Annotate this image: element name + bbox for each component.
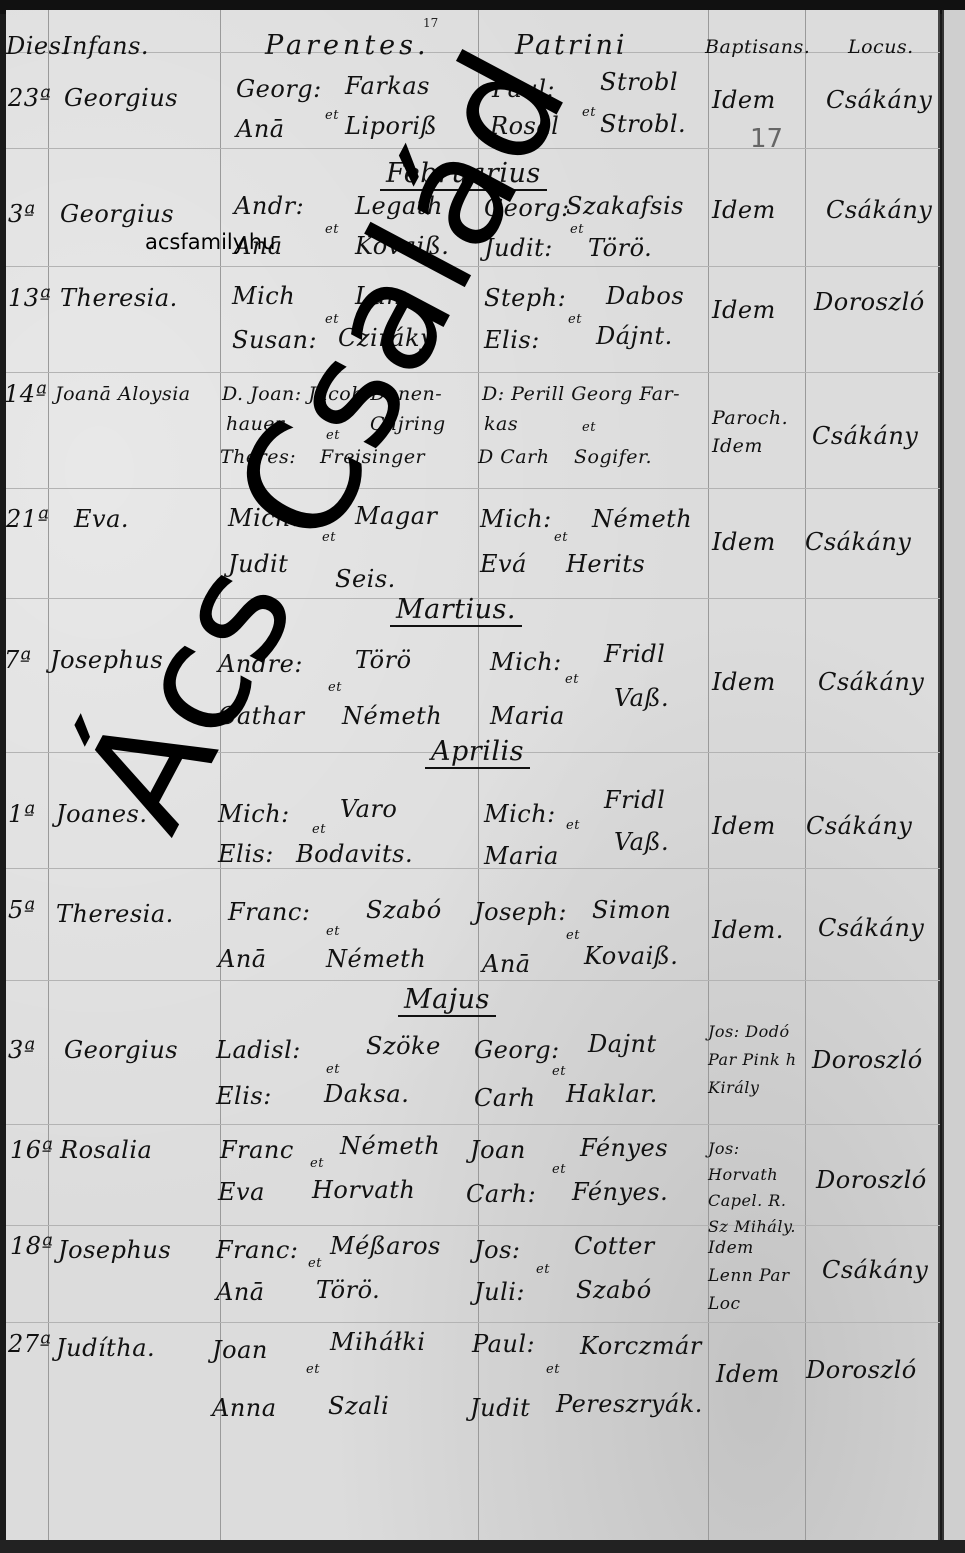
entry-mother-surname: Horvath bbox=[312, 1176, 415, 1204]
entry-day: 27ª bbox=[8, 1330, 51, 1358]
row-rule bbox=[6, 488, 940, 489]
entry-godfather: D: Perill Georg Far- bbox=[482, 383, 680, 405]
entry-mother-surname: Szali bbox=[328, 1392, 389, 1420]
entry-infant: Josephus bbox=[58, 1236, 171, 1264]
entry-godmother-surname: Fényes. bbox=[572, 1178, 668, 1206]
conjunction-et: et bbox=[546, 1362, 560, 1377]
conjunction-et: et bbox=[552, 1064, 566, 1079]
entry-mother-surname: Bodavits. bbox=[296, 840, 413, 868]
entry-father-surname: Szabó bbox=[366, 896, 442, 924]
conjunction-et: et bbox=[554, 530, 568, 545]
entry-baptisans: Jos: Dodó Par Pink h Király bbox=[708, 1018, 798, 1102]
entry-godfather-surname: Fridl bbox=[604, 640, 665, 668]
entry-godmother: Maria bbox=[484, 842, 559, 870]
entry-father: Andr: bbox=[234, 192, 304, 220]
entry-locus: Csákány bbox=[822, 1256, 928, 1284]
conjunction-et: et bbox=[566, 818, 580, 833]
entry-godfather-surname: Fényes bbox=[580, 1134, 668, 1162]
entry-godmother-surname: Vaß. bbox=[614, 828, 669, 856]
header-infans: Infans. bbox=[62, 32, 149, 60]
entry-godmother-surname: Strobl. bbox=[600, 110, 686, 138]
month-heading-majus: Majus bbox=[398, 984, 496, 1017]
entry-infant: Judítha. bbox=[56, 1334, 155, 1362]
entry-baptisans: Idem bbox=[712, 668, 776, 696]
conjunction-et: et bbox=[310, 1156, 324, 1171]
entry-locus: Csákány bbox=[826, 196, 932, 224]
header-patrini: Patrini bbox=[515, 30, 627, 61]
entry-godmother-surname: Törö. bbox=[588, 234, 652, 262]
entry-godmother: Elis: bbox=[484, 326, 540, 354]
entry-father-surname: Miháłki bbox=[330, 1328, 426, 1356]
entry-godfather-surname: Dabos bbox=[606, 282, 684, 310]
entry-godmother: Carh: bbox=[466, 1180, 536, 1208]
entry-godfather-surname: Németh bbox=[592, 505, 692, 533]
entry-locus: Doroszló bbox=[816, 1166, 927, 1194]
entry-locus: Doroszló bbox=[814, 288, 925, 316]
entry-father: Ladisl: bbox=[216, 1036, 301, 1064]
column-rule-dies bbox=[48, 10, 49, 1540]
row-rule bbox=[6, 1124, 940, 1125]
conjunction-et: et bbox=[552, 1162, 566, 1177]
entry-father-surname: Törö bbox=[355, 646, 412, 674]
entry-mother-surname: Daksa. bbox=[324, 1080, 409, 1108]
entry-mother-surname: Törö. bbox=[316, 1276, 380, 1304]
entry-godmother-surname: Szabó bbox=[576, 1276, 652, 1304]
entry-father: Joan bbox=[212, 1336, 268, 1364]
conjunction-et: et bbox=[308, 1256, 322, 1271]
entry-day: 23ª bbox=[8, 84, 51, 112]
entry-godfather-surname: kas bbox=[484, 413, 518, 435]
entry-godmother-surname: Kovaiß. bbox=[584, 942, 678, 970]
entry-godfather-surname: Korczmár bbox=[580, 1332, 702, 1360]
entry-mother: Anā bbox=[216, 1278, 265, 1306]
entry-godmother: Judit bbox=[470, 1394, 530, 1422]
entry-day: 16ª bbox=[10, 1136, 53, 1164]
conjunction-et: et bbox=[570, 222, 584, 237]
entry-godfather-surname: Fridl bbox=[604, 786, 665, 814]
entry-infant: Theresia. bbox=[60, 284, 178, 312]
entry-godfather: Jos: bbox=[474, 1236, 520, 1264]
conjunction-et: et bbox=[536, 1262, 550, 1277]
entry-locus: Csákány bbox=[826, 86, 932, 114]
entry-day: 21ª bbox=[6, 505, 49, 533]
entry-godfather: Mich: bbox=[484, 800, 556, 828]
entry-godfather: Georg: bbox=[474, 1036, 560, 1064]
entry-father-surname: Szöke bbox=[366, 1032, 441, 1060]
entry-infant: Georgius bbox=[60, 200, 174, 228]
entry-godmother-surname: Herits bbox=[566, 550, 645, 578]
entry-godfather-surname: Strobl bbox=[600, 68, 678, 96]
row-rule bbox=[6, 1322, 940, 1323]
conjunction-et: et bbox=[566, 928, 580, 943]
entry-godfather: Joan bbox=[470, 1136, 526, 1164]
watermark-url: acsfamily.hu bbox=[145, 230, 275, 254]
entry-godmother-surname: Haklar. bbox=[566, 1080, 658, 1108]
month-heading-aprilis: Aprilis bbox=[425, 736, 530, 769]
entry-godfather: Joseph: bbox=[474, 898, 567, 926]
entry-godmother: Carh bbox=[474, 1084, 536, 1112]
entry-day: 18ª bbox=[10, 1232, 53, 1260]
page-gutter-rule bbox=[938, 10, 940, 1540]
entry-father: Georg: bbox=[236, 75, 322, 103]
header-locus: Locus. bbox=[848, 36, 914, 58]
entry-baptisans: Idem bbox=[712, 296, 776, 324]
entry-locus: Csákány bbox=[806, 812, 912, 840]
conjunction-et: et bbox=[326, 924, 340, 939]
entry-day: 14ª bbox=[4, 380, 47, 408]
entry-day: 1ª bbox=[8, 800, 36, 828]
entry-day: 13ª bbox=[8, 284, 51, 312]
entry-baptisans: Idem bbox=[716, 1360, 780, 1388]
entry-mother-surname: Németh bbox=[326, 945, 426, 973]
entry-godfather: Mich: bbox=[480, 505, 552, 533]
entry-godmother-surname: Sogifer. bbox=[574, 446, 652, 468]
entry-godmother: Anā bbox=[482, 950, 531, 978]
month-heading-martius: Martius. bbox=[390, 594, 522, 627]
entry-locus: Csákány bbox=[818, 914, 924, 942]
entry-day: 5ª bbox=[8, 896, 36, 924]
entry-father: Mich bbox=[232, 282, 295, 310]
entry-day: 3ª bbox=[8, 200, 36, 228]
row-rule bbox=[6, 868, 940, 869]
entry-godmother: Maria bbox=[490, 702, 565, 730]
entry-locus: Csákány bbox=[805, 528, 911, 556]
entry-mother: Anna bbox=[212, 1394, 277, 1422]
entry-father-surname: Méßaros bbox=[330, 1232, 441, 1260]
entry-baptisans: Idem bbox=[712, 528, 776, 556]
entry-godmother: Juli: bbox=[474, 1278, 525, 1306]
entry-godmother-surname: Pereszryák. bbox=[556, 1390, 703, 1418]
conjunction-et: et bbox=[326, 1062, 340, 1077]
entry-day: 3ª bbox=[8, 1036, 36, 1064]
header-dies: Dies. bbox=[6, 32, 70, 60]
conjunction-et: et bbox=[582, 420, 596, 435]
entry-infant: Eva. bbox=[74, 505, 129, 533]
entry-mother: Elis: bbox=[216, 1082, 272, 1110]
pencil-page-mark: 17 bbox=[750, 124, 783, 154]
header-parentes: Parentes. bbox=[265, 30, 430, 61]
conjunction-et: et bbox=[328, 680, 342, 695]
entry-baptisans: Idem bbox=[712, 86, 776, 114]
entry-baptisans: Paroch. Idem bbox=[712, 404, 782, 460]
adjacent-page-edge bbox=[942, 10, 965, 1545]
entry-father-surname: Varo bbox=[340, 795, 397, 823]
entry-baptisans: Idem bbox=[712, 812, 776, 840]
entry-locus: Doroszló bbox=[806, 1356, 917, 1384]
entry-infant: Georgius bbox=[64, 84, 178, 112]
scan-bottom-border bbox=[0, 1540, 965, 1553]
conjunction-et: et bbox=[312, 822, 326, 837]
entry-locus: Doroszló bbox=[812, 1046, 923, 1074]
entry-locus: Csákány bbox=[812, 422, 918, 450]
entry-godmother-surname: Dájnt. bbox=[596, 322, 673, 350]
entry-baptisans: Idem Lenn Par Loc bbox=[708, 1234, 798, 1318]
entry-locus: Csákány bbox=[818, 668, 924, 696]
entry-infant: Rosalia bbox=[60, 1136, 152, 1164]
entry-baptisans: Jos: Horvath Capel. R. Sz Mihály. bbox=[708, 1136, 803, 1240]
entry-mother: Eva bbox=[218, 1178, 265, 1206]
entry-godmother: Evá bbox=[480, 550, 527, 578]
entry-father: Franc: bbox=[216, 1236, 298, 1264]
entry-infant: Theresia. bbox=[56, 900, 174, 928]
conjunction-et: et bbox=[568, 312, 582, 327]
entry-godfather: Paul: bbox=[472, 1330, 535, 1358]
entry-godfather-surname: Simon bbox=[592, 896, 671, 924]
entry-godfather-surname: Dajnt bbox=[588, 1030, 657, 1058]
conjunction-et: et bbox=[306, 1362, 320, 1377]
entry-infant: Georgius bbox=[64, 1036, 178, 1064]
column-rule-baptisans bbox=[805, 10, 806, 1540]
entry-baptisans: Idem. bbox=[712, 916, 784, 944]
conjunction-et: et bbox=[325, 108, 339, 123]
conjunction-et: et bbox=[565, 672, 579, 687]
entry-father: Franc bbox=[220, 1136, 294, 1164]
entry-father-surname: Németh bbox=[340, 1132, 440, 1160]
entry-godfather-surname: Szakafsis bbox=[566, 192, 684, 220]
entry-day: 7ª bbox=[4, 646, 32, 674]
row-rule bbox=[6, 980, 940, 981]
entry-mother: Anā bbox=[236, 115, 285, 143]
entry-father: Franc: bbox=[228, 898, 310, 926]
folio-number: 17 bbox=[423, 16, 438, 30]
entry-mother: Elis: bbox=[218, 840, 274, 868]
entry-godfather: Mich: bbox=[490, 648, 562, 676]
header-baptisans: Baptisans. bbox=[705, 36, 810, 58]
row-rule bbox=[6, 372, 940, 373]
entry-mother-surname: Németh bbox=[342, 702, 442, 730]
entry-godmother-surname: Vaß. bbox=[614, 684, 669, 712]
entry-godmother: D Carh bbox=[478, 446, 549, 468]
entry-godfather-surname: Cotter bbox=[574, 1232, 655, 1260]
entry-mother: Anā bbox=[218, 945, 267, 973]
entry-baptisans: Idem bbox=[712, 196, 776, 224]
entry-infant: Joanā Aloysia bbox=[55, 383, 191, 405]
